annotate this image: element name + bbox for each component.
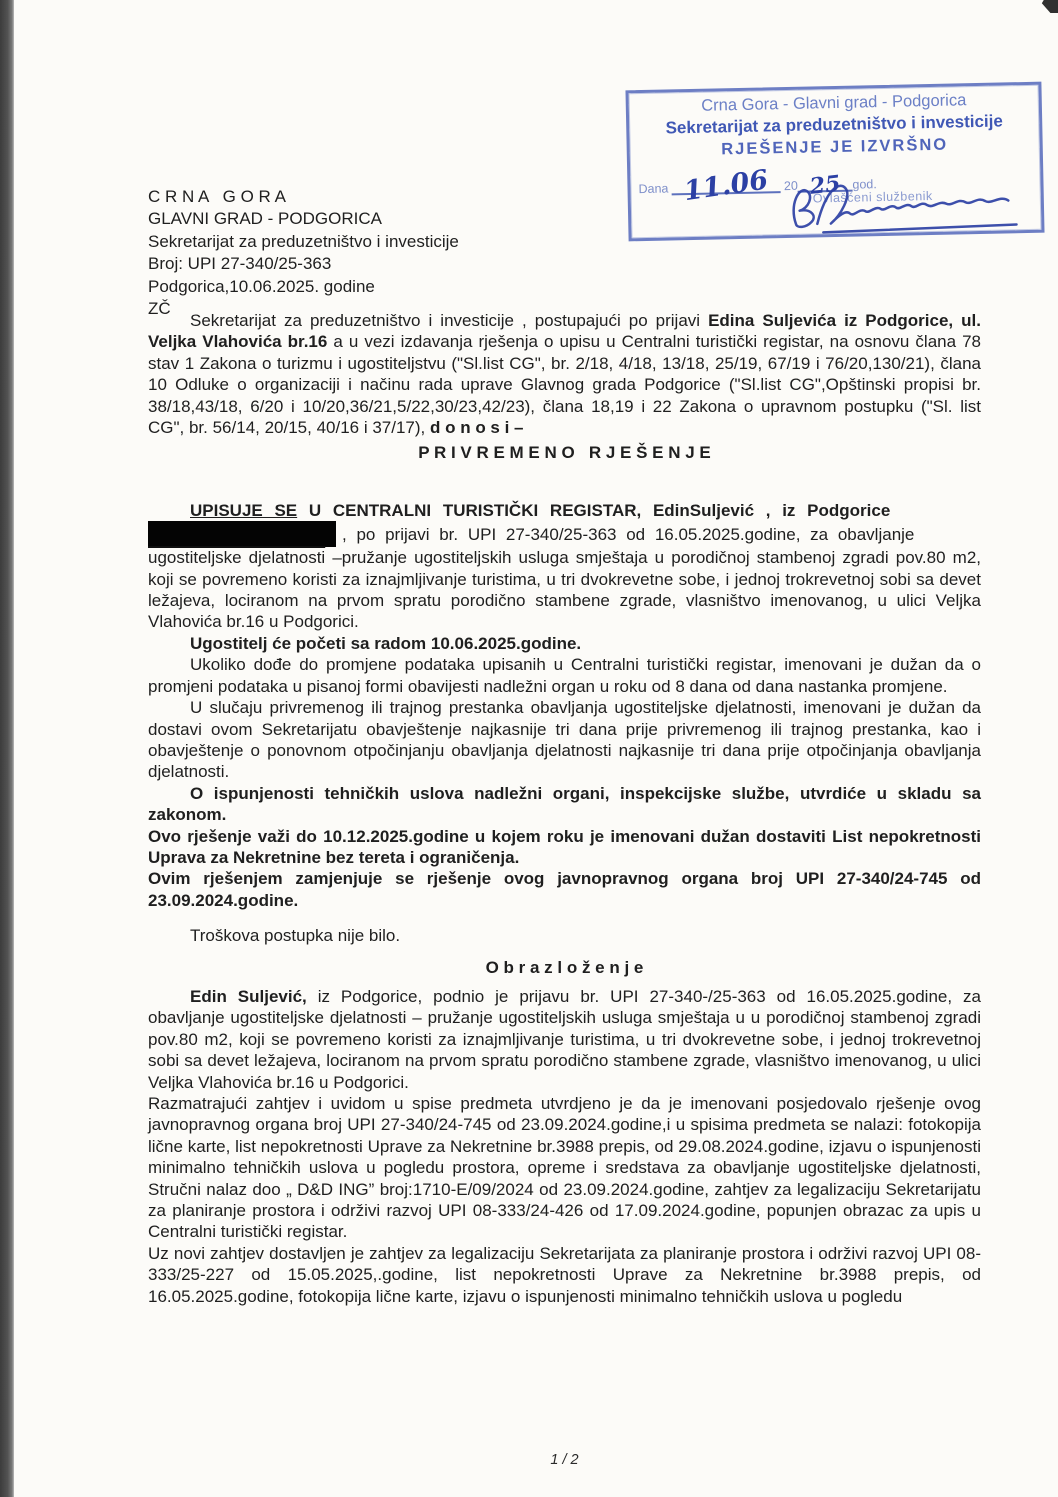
header-country: C R N A G O R A [148, 186, 459, 208]
data-change-clause: Ukoliko dođe do promjene podataka upisan… [148, 654, 981, 697]
text-run: O b r a z l o ž e n j e [486, 958, 644, 977]
text-run: U CENTRALNI TURISTIČKI REGISTAR, EdinSul… [297, 501, 890, 520]
scanned-document-page: Crna Gora - Glavni grad - Podgorica Sekr… [0, 0, 1058, 1497]
registration-paragraph: UPISUJE SE U CENTRALNI TURISTIČKI REGIST… [148, 500, 981, 633]
document-header: C R N A G O R A GLAVNI GRAD - PODGORICA … [148, 186, 459, 320]
explanation-paragraph-1: Edin Suljević, iz Podgorice, podnio je p… [148, 986, 981, 1093]
scan-edge-artifact [0, 0, 14, 1497]
executive-stamp: Crna Gora - Glavni grad - Podgorica Sekr… [625, 82, 1044, 242]
text-run: Ovo rješenje važi do 10.12.2025.godine u… [148, 827, 981, 867]
text-run: Ukoliko dođe do promjene podataka upisan… [148, 655, 981, 695]
stamp-date-label: Dana [638, 181, 668, 196]
cessation-clause: U slučaju privremenog ili trajnog presta… [148, 697, 981, 783]
decision-title: P R I V R E M E N O R J E Š E N J E [148, 442, 981, 463]
text-run: Ugostitelj će početi sa radom 10.06.2025… [190, 634, 581, 653]
text-run: Edin Suljević, [190, 987, 307, 1006]
start-date-clause: Ugostitelj će početi sa radom 10.06.2025… [148, 633, 981, 654]
explanation-paragraph-3: Uz novi zahtjev dostavljen je zahtjev za… [148, 1243, 981, 1307]
text-run: d o n o s i – [430, 418, 524, 437]
document-body: Sekretarijat za preduzetništvo i investi… [148, 310, 981, 1307]
text-run: Razmatrajući zahtjev i uvidom u spise pr… [148, 1094, 981, 1241]
validity-clause: Ovo rješenje važi do 10.12.2025.godine u… [148, 826, 981, 869]
signature-scribble [778, 175, 1031, 238]
explanation-heading: O b r a z l o ž e n j e [148, 957, 981, 978]
stamp-handwritten-day: 11.06 [684, 174, 769, 198]
text-run: P R I V R E M E N O R J E Š E N J E [418, 443, 711, 462]
scan-corner-artifact [1039, 0, 1058, 13]
costs-note: Troškova postupka nije bilo. [148, 925, 981, 946]
stamp-date-day-slot: 11.06 [672, 176, 781, 195]
text-run: ugostiteljske djelatnosti [148, 548, 325, 567]
header-department: Sekretarijat za preduzetništvo i investi… [148, 231, 459, 253]
replacement-clause: Ovim rješenjem zamjenjuje se rješenje ov… [148, 868, 981, 911]
page-number: 1 / 2 [148, 1452, 981, 1468]
header-case-number: Broj: UPI 27-340/25-363 [148, 253, 459, 275]
redaction-box [148, 521, 336, 547]
text-run: , po prijavi br. UPI 27-340/25-363 od 16… [342, 525, 914, 544]
text-run: Uz novi zahtjev dostavljen je zahtjev za… [148, 1244, 981, 1306]
text-run: Troškova postupka nije bilo. [190, 926, 400, 945]
text-run: O ispunjenosti tehničkih uslova nadležni… [148, 784, 981, 824]
text-run: UPISUJE SE [190, 501, 297, 520]
text-run: Sekretarijat za preduzetništvo i investi… [190, 311, 708, 330]
technical-conditions-clause: O ispunjenosti tehničkih uslova nadležni… [148, 783, 981, 826]
explanation-paragraph-2: Razmatrajući zahtjev i uvidom u spise pr… [148, 1093, 981, 1243]
intro-paragraph: Sekretarijat za preduzetništvo i investi… [148, 310, 981, 438]
text-run: Ovim rješenjem zamjenjuje se rješenje ov… [148, 869, 981, 909]
header-city: GLAVNI GRAD - PODGORICA [148, 208, 459, 230]
text-run: U slučaju privremenog ili trajnog presta… [148, 698, 981, 781]
header-date-line: Podgorica,10.06.2025. godine [148, 276, 459, 298]
